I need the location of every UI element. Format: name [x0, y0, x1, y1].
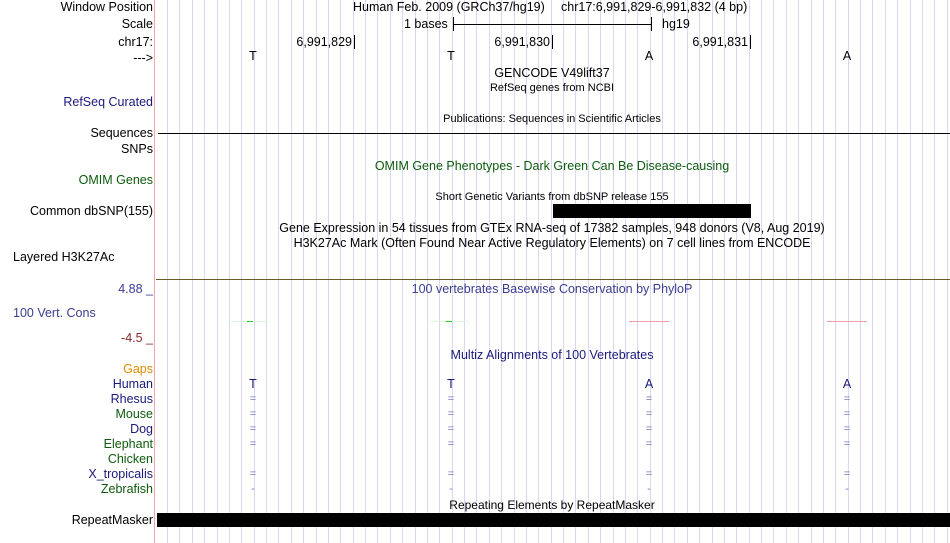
species-label-chicken[interactable]: Chicken: [108, 452, 153, 467]
alignment-cell: =: [646, 392, 652, 407]
grid-line: [167, 0, 168, 543]
cons-min-label: -4.5 _: [121, 331, 153, 346]
grid-line: [254, 0, 255, 543]
grid-line: [390, 0, 391, 543]
species-label-zebrafish[interactable]: Zebrafish: [101, 482, 153, 497]
grid-line: [947, 0, 948, 543]
species-label-human[interactable]: Human: [113, 377, 153, 392]
alignment-cell: =: [250, 407, 256, 422]
grid-line: [476, 0, 477, 543]
grid-line: [897, 0, 898, 543]
grid-line: [278, 0, 279, 543]
dbsnp-track-title[interactable]: Short Genetic Variants from dbSNP releas…: [435, 190, 668, 205]
alignment-cell: A: [843, 377, 851, 392]
alignment-cell: =: [250, 392, 256, 407]
repeat-element-bar[interactable]: [157, 513, 950, 527]
cons-track-label[interactable]: 100 Vert. Cons: [13, 306, 96, 321]
species-label-dog[interactable]: Dog: [130, 422, 153, 437]
scale-tick-right: [651, 17, 652, 31]
grid-line: [340, 0, 341, 543]
coord-tick-3: 6,991,831: [692, 35, 748, 50]
grid-line: [365, 0, 366, 543]
coord-tick-2: 6,991,830: [494, 35, 550, 50]
pubs-track-title[interactable]: Publications: Sequences in Scientific Ar…: [443, 112, 661, 127]
window-position-label: Window Position: [61, 0, 153, 15]
cons-bar-4: [827, 321, 867, 322]
grid-line: [712, 0, 713, 543]
gencode-track-title[interactable]: GENCODE V49lift37: [494, 66, 609, 81]
alignment-cell: =: [646, 437, 652, 452]
grid-line: [266, 0, 267, 543]
sequences-track-line: [158, 133, 950, 134]
assembly-text: Human Feb. 2009 (GRCh37/hg19): [353, 0, 545, 15]
coord-mark-1: [354, 35, 355, 49]
dbsnp-variant-bar[interactable]: [553, 204, 751, 218]
grid-line: [910, 0, 911, 543]
coord-mark-2: [552, 35, 553, 49]
grid-line: [217, 0, 218, 543]
grid-line: [848, 0, 849, 543]
alignment-cell: =: [448, 407, 454, 422]
alignment-cell: =: [646, 422, 652, 437]
refseq-track-title[interactable]: RefSeq genes from NCBI: [490, 81, 614, 96]
scale-value: 1 bases: [404, 17, 448, 32]
refseq-track-label[interactable]: RefSeq Curated: [63, 95, 153, 110]
alignment-cell: -: [647, 482, 651, 497]
alignment-cell: =: [844, 422, 850, 437]
grid-line: [835, 0, 836, 543]
alignment-cell: =: [646, 407, 652, 422]
strand-label: --->: [133, 51, 153, 66]
grid-line: [724, 0, 725, 543]
grid-line: [192, 0, 193, 543]
alignment-cell: =: [844, 437, 850, 452]
alignment-cell: =: [844, 407, 850, 422]
grid-line: [823, 0, 824, 543]
cons-bar-1: [247, 321, 253, 322]
grid-line: [415, 0, 416, 543]
alignment-cell: =: [646, 467, 652, 482]
grid-line: [377, 0, 378, 543]
grid-line: [662, 0, 663, 543]
species-label-elephant[interactable]: Elephant: [104, 437, 153, 452]
omim-track-label[interactable]: OMIM Genes: [79, 173, 153, 188]
repeat-track-label[interactable]: RepeatMasker: [72, 513, 153, 528]
alignment-cell: T: [249, 377, 257, 392]
alignment-cell: -: [449, 482, 453, 497]
grid-line: [328, 0, 329, 543]
h3k27ac-track-label[interactable]: Layered H3K27Ac: [13, 250, 114, 265]
scale-label: Scale: [122, 17, 153, 32]
grid-line: [687, 0, 688, 543]
grid-line: [872, 0, 873, 543]
grid-line: [316, 0, 317, 543]
species-label-x_tropicalis[interactable]: X_tropicalis: [88, 467, 153, 482]
alignment-cell: T: [447, 377, 455, 392]
alignment-cell: A: [645, 377, 653, 392]
grid-line: [179, 0, 180, 543]
grid-line: [811, 0, 812, 543]
grid-line: [674, 0, 675, 543]
grid-line: [402, 0, 403, 543]
label-divider: [154, 0, 155, 543]
grid-line: [699, 0, 700, 543]
grid-line: [427, 0, 428, 543]
h3k27ac-baseline: [156, 279, 950, 280]
alignment-cell: =: [448, 422, 454, 437]
alignment-cell: =: [250, 422, 256, 437]
grid-line: [625, 0, 626, 543]
position-text: chr17:6,991,829-6,991,832 (4 bp): [561, 0, 747, 15]
base-1: T: [249, 49, 257, 64]
cons-track-title[interactable]: 100 vertebrates Basewise Conservation by…: [412, 282, 693, 297]
multiz-track-title[interactable]: Multiz Alignments of 100 Vertebrates: [451, 348, 654, 363]
grid-line: [291, 0, 292, 543]
grid-line: [761, 0, 762, 543]
scale-bar: [453, 24, 652, 25]
alignment-cell: -: [251, 482, 255, 497]
alignment-cell: =: [844, 392, 850, 407]
grid-line: [798, 0, 799, 543]
species-label-mouse[interactable]: Mouse: [115, 407, 153, 422]
alignment-cell: =: [448, 467, 454, 482]
grid-line: [204, 0, 205, 543]
coord-mark-3: [750, 35, 751, 49]
repeat-track-title[interactable]: Repeating Elements by RepeatMasker: [449, 498, 654, 513]
grid-line: [464, 0, 465, 543]
alignment-cell: =: [448, 437, 454, 452]
grid-line: [786, 0, 787, 543]
grid-line: [439, 0, 440, 543]
snps-label: SNPs: [121, 142, 153, 157]
grid-line: [922, 0, 923, 543]
dbsnp-track-label[interactable]: Common dbSNP(155): [30, 204, 153, 219]
base-2: T: [447, 49, 455, 64]
gaps-label: Gaps: [123, 362, 153, 377]
scale-db: hg19: [662, 17, 690, 32]
alignment-cell: =: [250, 467, 256, 482]
grid-line: [353, 0, 354, 543]
sequences-track-label[interactable]: Sequences: [90, 126, 153, 141]
grid-line: [303, 0, 304, 543]
alignment-cell: =: [844, 467, 850, 482]
omim-track-title[interactable]: OMIM Gene Phenotypes - Dark Green Can Be…: [375, 159, 729, 174]
grid-line: [885, 0, 886, 543]
grid-line: [934, 0, 935, 543]
cons-bar-3: [629, 321, 669, 322]
grid-line: [241, 0, 242, 543]
grid-line: [749, 0, 750, 543]
grid-line: [736, 0, 737, 543]
grid-line: [773, 0, 774, 543]
grid-line: [452, 0, 453, 543]
h3k27ac-track-title[interactable]: H3K27Ac Mark (Often Found Near Active Re…: [294, 236, 811, 251]
grid-line: [229, 0, 230, 543]
base-3: A: [645, 49, 653, 64]
grid-line: [650, 0, 651, 543]
alignment-cell: -: [845, 482, 849, 497]
grid-line: [637, 0, 638, 543]
gtex-track-title[interactable]: Gene Expression in 54 tissues from GTEx …: [279, 221, 824, 236]
alignment-cell: =: [448, 392, 454, 407]
grid-line: [860, 0, 861, 543]
cons-max-label: 4.88 _: [118, 282, 153, 297]
chrom-label: chr17:: [118, 35, 153, 50]
base-4: A: [843, 49, 851, 64]
cons-bar-2: [446, 321, 452, 322]
species-label-rhesus[interactable]: Rhesus: [111, 392, 153, 407]
alignment-cell: =: [250, 437, 256, 452]
coord-tick-1: 6,991,829: [296, 35, 352, 50]
